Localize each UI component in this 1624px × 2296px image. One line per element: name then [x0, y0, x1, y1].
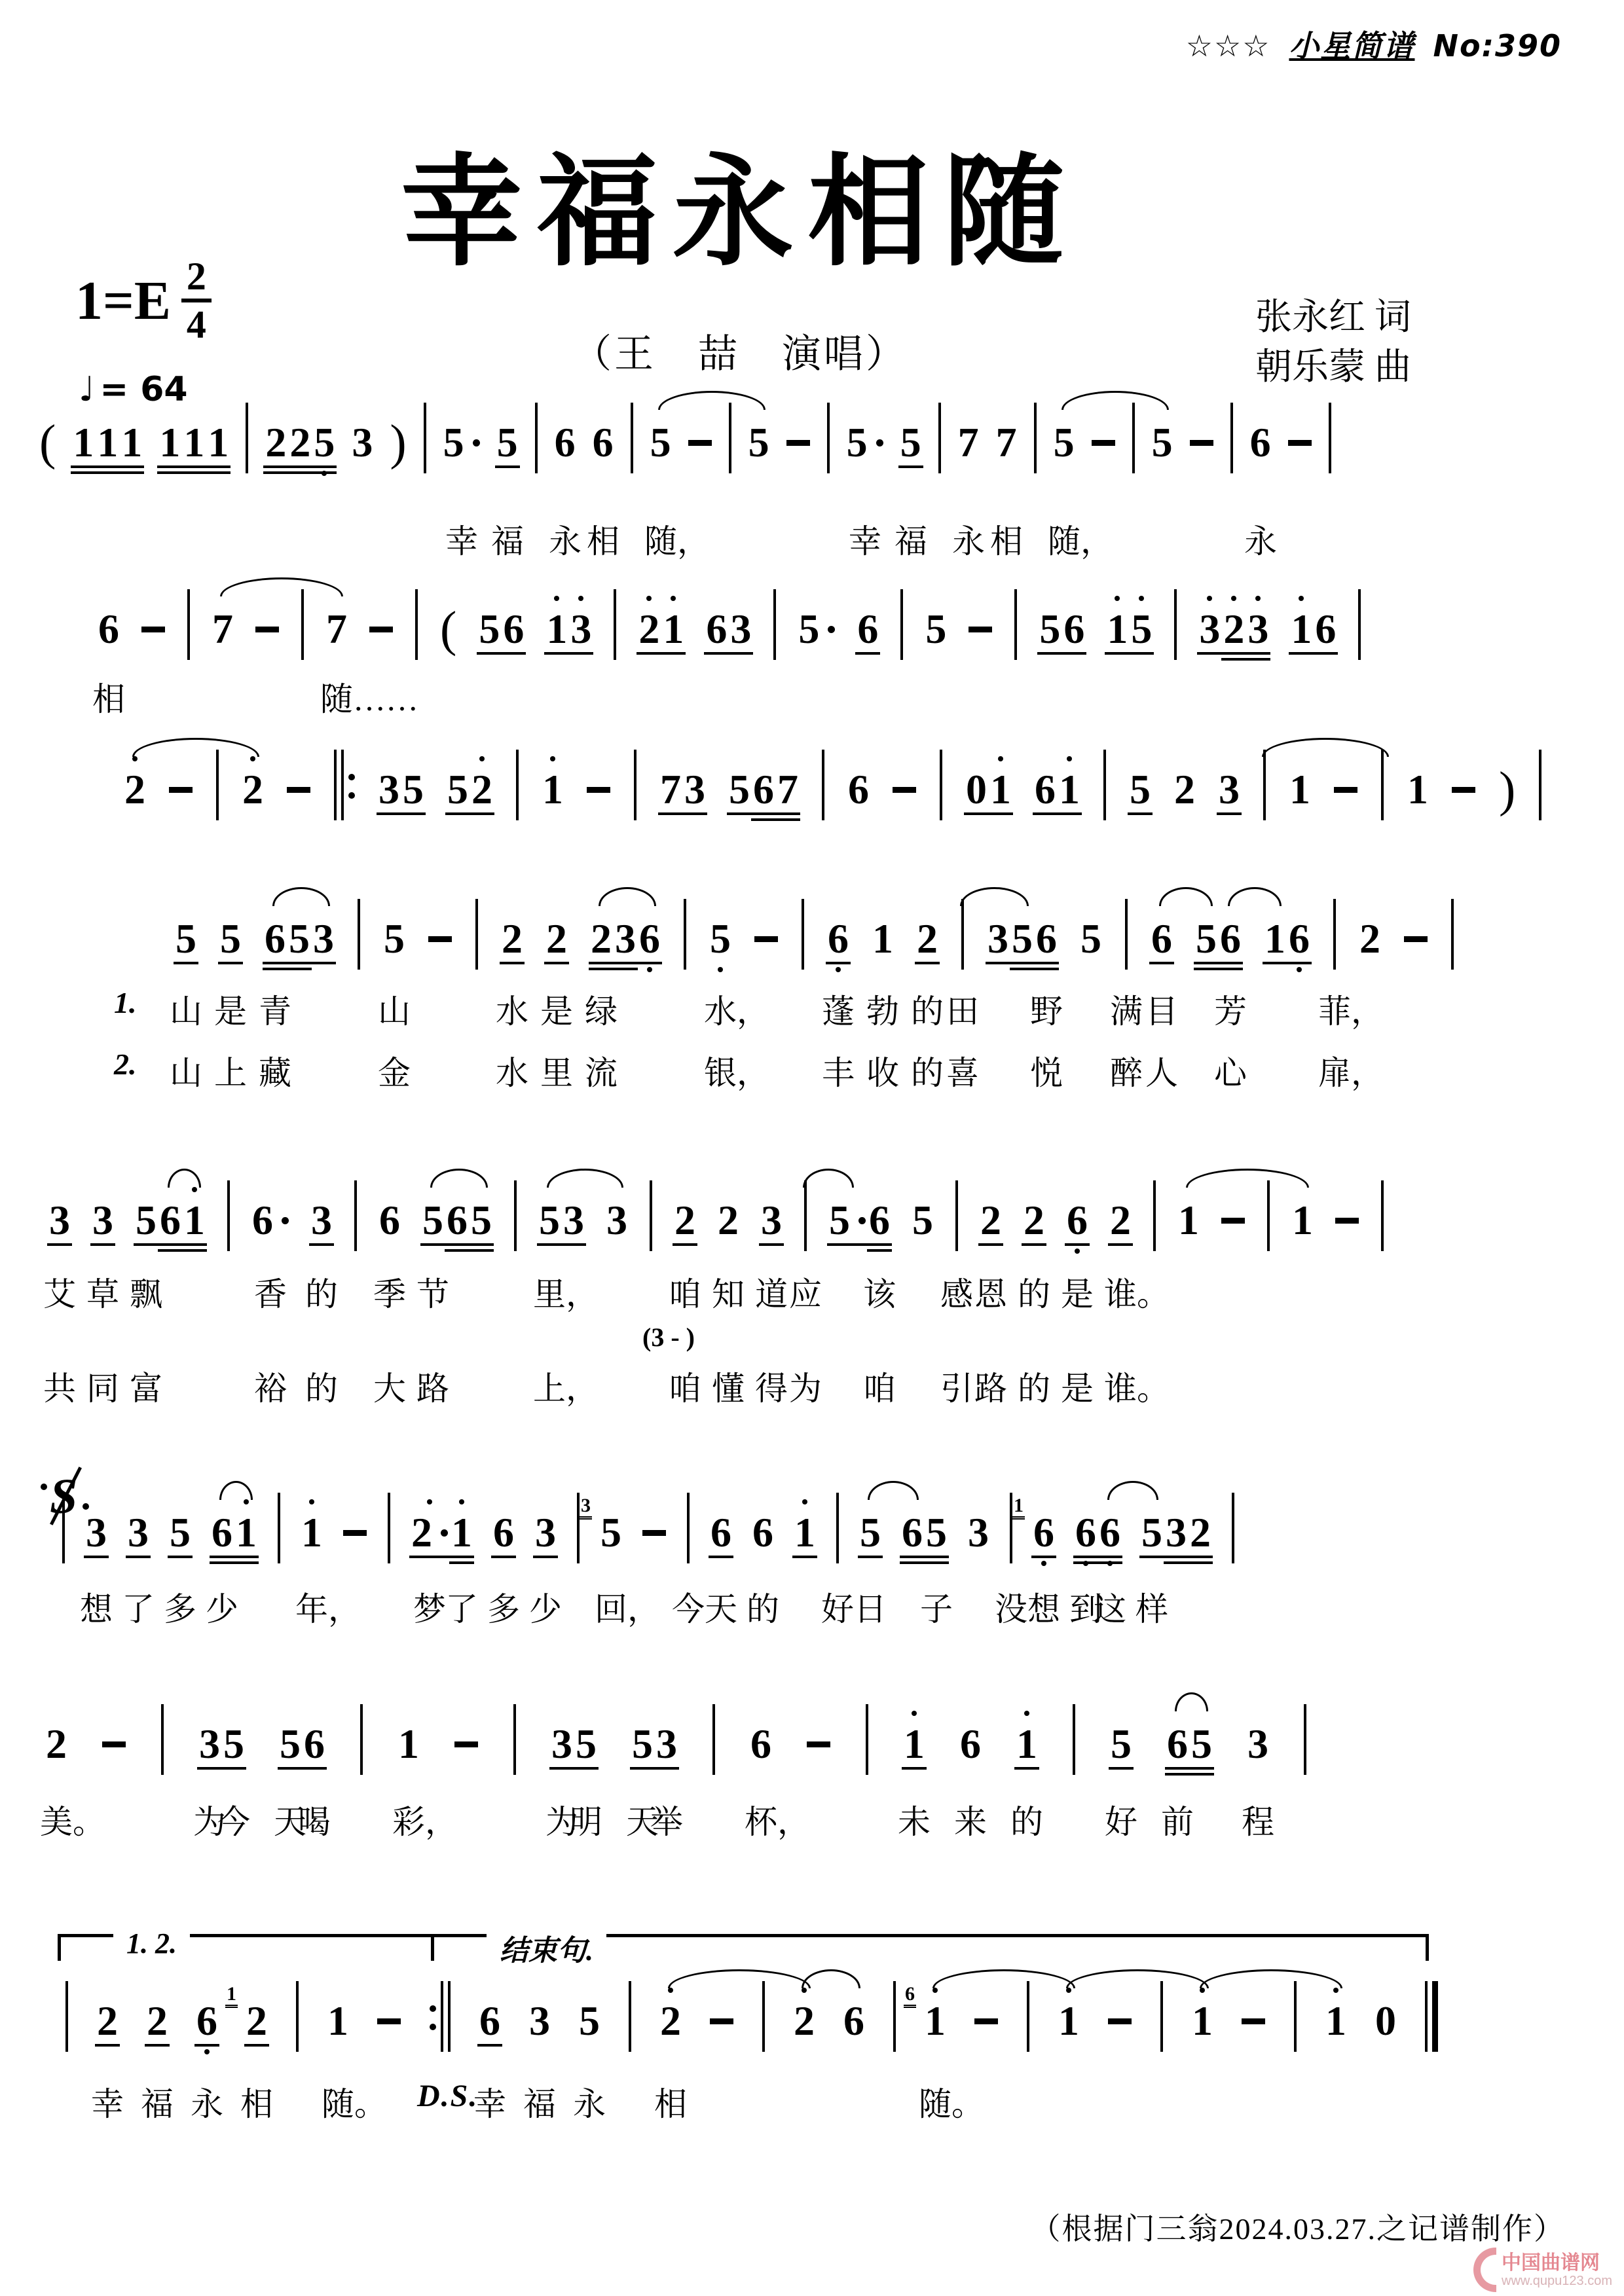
note: 5 — [384, 899, 405, 980]
lyric-syllable: 想 — [80, 1583, 113, 1630]
note: 5 — [926, 1493, 947, 1574]
lyric-syllable: 路 — [974, 1362, 1007, 1410]
note: 3 — [968, 1493, 989, 1574]
note: 3 — [1247, 589, 1268, 670]
slur-arc — [1061, 391, 1169, 410]
note: 7 — [777, 750, 798, 831]
barline — [1381, 750, 1384, 831]
barline — [1451, 899, 1454, 980]
verse-number: 2. — [114, 1047, 137, 1082]
barline — [900, 589, 903, 670]
dash-note — [255, 589, 279, 670]
note: 5 — [650, 403, 671, 484]
note: 3 — [529, 1981, 550, 2062]
lyric-syllable: 杯， — [745, 1796, 810, 1843]
barline — [634, 750, 637, 831]
lyric-syllable: 共 — [43, 1362, 76, 1410]
note: 6 — [752, 1493, 773, 1574]
barline — [216, 750, 219, 831]
dash-note — [893, 750, 916, 831]
dash-note — [1288, 403, 1312, 484]
note: 6 — [1315, 589, 1336, 670]
barline — [687, 1493, 690, 1574]
note: 6 — [304, 1704, 325, 1785]
note: 1 — [546, 589, 567, 670]
note: 1 — [1292, 1180, 1313, 1262]
note: 3 — [761, 1180, 782, 1262]
note: 3 — [378, 750, 399, 831]
lyric-syllable: 目 — [1145, 985, 1178, 1032]
slur-arc — [1186, 1169, 1309, 1188]
lyric-syllable: 回， — [595, 1583, 660, 1630]
note: 1 — [542, 750, 563, 831]
lyric-syllable: 日 — [854, 1583, 887, 1630]
note: 2 — [1359, 899, 1380, 980]
lyric-syllable: 感 — [940, 1268, 973, 1315]
lyric-syllable: 想 — [1027, 1583, 1060, 1630]
dash-note — [1108, 1981, 1132, 2062]
note: 1 — [73, 403, 94, 484]
note: 6 — [869, 1180, 890, 1262]
dash-note — [377, 1981, 401, 2062]
slur-arc — [547, 1169, 623, 1188]
lyric-syllable: 随…… — [320, 673, 418, 720]
note: 2 — [980, 1180, 1001, 1262]
barline — [516, 750, 519, 831]
lyric-syllable: 草 — [86, 1268, 119, 1315]
note: 3 — [987, 899, 1008, 980]
note: 5 — [860, 1493, 881, 1574]
lyric-syllable: 随。 — [919, 2078, 984, 2125]
note: 2 — [794, 1981, 815, 2062]
note: 6 — [555, 403, 576, 484]
lyric-syllable: 水 — [496, 985, 528, 1032]
dash-note — [454, 1704, 478, 1785]
note: 5 — [1141, 1493, 1162, 1574]
lyric-syllable: 天 — [705, 1583, 737, 1630]
note: 3 — [1199, 589, 1220, 670]
note: 1 — [1059, 750, 1080, 831]
dash-note — [969, 589, 992, 670]
barline — [1539, 750, 1541, 831]
note: 5 — [829, 1180, 866, 1262]
barline — [161, 1704, 164, 1785]
lyric-syllable: 蓬 — [822, 985, 855, 1032]
note: 5 — [729, 750, 750, 831]
slur-arc — [668, 1969, 811, 1988]
note: 1 — [327, 1981, 348, 2062]
note: 5 — [175, 899, 196, 980]
note: 3 — [92, 1180, 113, 1262]
note: 2 — [124, 750, 145, 831]
barline — [1294, 1981, 1297, 2062]
lyric-syllable: 福 — [491, 515, 524, 562]
barline — [631, 403, 633, 484]
lyric-syllable: 香 — [254, 1268, 287, 1315]
barline — [866, 1704, 868, 1785]
lyric-syllable: 咱 — [669, 1268, 701, 1315]
barline — [893, 1981, 896, 2062]
note: 1 — [1016, 1704, 1037, 1785]
note: 2 — [411, 1493, 448, 1574]
lyric-syllable: 喜 — [946, 1047, 979, 1094]
note: 5 — [1039, 589, 1060, 670]
grace-note: 3 — [580, 1495, 592, 1520]
lyric-syllable: 相 — [990, 515, 1023, 562]
lyric-syllable: 的 — [1018, 1362, 1050, 1410]
lyric-syllable: 咱 — [863, 1362, 896, 1410]
lyric-syllable: 幸 — [91, 2078, 124, 2125]
barline — [940, 750, 942, 831]
note: 1 — [990, 750, 1011, 831]
note: 1 — [121, 403, 142, 484]
music-system: (1111112253)5566555577556幸福永相随，幸福永相随，永 — [0, 403, 1624, 484]
note: 5 — [170, 1493, 191, 1574]
barline — [1263, 750, 1266, 831]
lyric-syllable: 相 — [654, 2078, 687, 2125]
lyric-syllable: 相 — [92, 673, 125, 720]
lyric-syllable: 艾 — [43, 1268, 76, 1315]
lyric-syllable: 金 — [378, 1047, 411, 1094]
barline — [1027, 1981, 1029, 2062]
barline — [614, 589, 616, 670]
note: 2 — [471, 750, 492, 831]
lyric-syllable: 丰 — [822, 1047, 855, 1094]
note: 3 — [684, 750, 705, 831]
barline — [296, 1981, 299, 2062]
note: 2 — [674, 1180, 695, 1262]
lyric-syllable: 飘 — [130, 1268, 162, 1315]
lyric-syllable: 多 — [164, 1583, 196, 1630]
lyric-syllable: 知 — [712, 1268, 745, 1315]
volta-bracket: 结束句. — [431, 1934, 1429, 1961]
note: 3 — [311, 1180, 332, 1262]
lyric-syllable: 幸 — [849, 515, 881, 562]
slur-arc — [1200, 1969, 1342, 1988]
note: 16 — [925, 1981, 946, 2062]
note: 2 — [242, 750, 263, 831]
lyric-syllable: 野 — [1030, 985, 1063, 1032]
lyric-syllable: 是 — [1061, 1362, 1094, 1410]
lyric-syllable: 藏 — [259, 1047, 291, 1094]
parenthesis: ) — [1499, 750, 1515, 831]
dash-note — [974, 1981, 998, 2062]
segno-icon: S — [38, 1467, 94, 1527]
lyric-syllable: 水 — [496, 1047, 528, 1094]
dash-note — [1334, 750, 1357, 831]
lyric-syllable: 今 — [217, 1796, 250, 1843]
lyric-syllable: 谁。 — [1104, 1362, 1170, 1410]
lyric-syllable: 喝 — [298, 1796, 331, 1843]
barline — [938, 403, 941, 484]
music-system: 33561636565533223565226211艾草飘香的季节里，咱知道应该… — [0, 1180, 1624, 1262]
dash-note — [642, 1493, 666, 1574]
note: 3 — [1247, 1704, 1268, 1785]
note: 6 — [212, 1493, 232, 1574]
lyric-syllable: 芳 — [1214, 985, 1247, 1032]
note: 61 — [1033, 1493, 1054, 1574]
lyric-syllable: 引 — [940, 1362, 973, 1410]
note: 5 — [1111, 1704, 1132, 1785]
note: 2 — [265, 403, 286, 484]
note: 6 — [857, 589, 878, 670]
note: 6 — [160, 1180, 181, 1262]
note: 1 — [1325, 1981, 1346, 2062]
note: 1 — [236, 1493, 257, 1574]
lyric-syllable: 幸 — [445, 515, 478, 562]
note: 6 — [828, 899, 849, 980]
slur-arc — [272, 887, 330, 906]
dash-note — [587, 750, 610, 831]
note: 5 — [314, 403, 335, 484]
barline — [1329, 403, 1331, 484]
slur-arc — [168, 1169, 201, 1188]
dash-note — [428, 899, 452, 980]
note: 2 — [97, 1981, 118, 2062]
lyric-syllable: 永 — [1244, 515, 1277, 562]
note: 6 — [479, 1981, 500, 2062]
watermark-site: 中国曲谱网 — [1502, 2252, 1612, 2274]
grace-note: 1 — [1012, 1495, 1025, 1520]
music-system: 55653522236561235656561621.山是青山水是绿水，蓬勃的田… — [0, 899, 1624, 980]
lyric-syllable: 富 — [130, 1362, 162, 1410]
lyric-syllable: 前 — [1161, 1796, 1194, 1843]
lyric-syllable: 相 — [240, 2078, 273, 2125]
note: 5 — [912, 1180, 933, 1262]
lyric-syllable: 举 — [650, 1796, 683, 1843]
note: 1 — [1264, 899, 1285, 980]
note: 1 — [1058, 1981, 1079, 2062]
note: 1 — [663, 589, 684, 670]
slur-arc — [932, 1969, 1075, 1988]
music-system: 677(56132163565561532316相随…… — [0, 589, 1624, 670]
note: 5 — [1054, 403, 1075, 484]
slur-arc — [132, 738, 259, 757]
barline — [415, 589, 418, 670]
note: 2 — [660, 1981, 681, 2062]
note: 5 — [900, 403, 921, 484]
rest-note: 0 — [966, 750, 987, 831]
note: 6 — [196, 1981, 217, 2062]
volta-label: 结束句. — [487, 1927, 606, 1969]
note: 5 — [471, 1180, 492, 1262]
dash-note — [1092, 403, 1115, 484]
lyric-syllable: 上， — [533, 1362, 599, 1410]
note: 3 — [656, 1704, 677, 1785]
lyric-syllable: 的 — [305, 1268, 338, 1315]
barline — [1267, 1180, 1270, 1262]
lyric-syllable: 裕 — [254, 1362, 287, 1410]
note: 5 — [447, 750, 468, 831]
lyric-syllable: 幸 — [473, 2078, 506, 2125]
lyric-syllable: 是 — [540, 985, 573, 1032]
note: 5 — [1080, 899, 1101, 980]
lyric-syllable: 明 — [570, 1796, 602, 1843]
note: 3 — [730, 589, 751, 670]
barline — [513, 1704, 516, 1785]
note: 1 — [1407, 750, 1428, 831]
dash-note — [754, 899, 778, 980]
note: 6 — [1151, 899, 1172, 980]
barline — [827, 403, 830, 484]
barline — [187, 589, 190, 670]
lyric-syllable: 随， — [644, 515, 710, 562]
parenthesis: ( — [39, 403, 56, 484]
lyric-syllable: 田 — [946, 985, 979, 1032]
note: 3 — [128, 1493, 149, 1574]
lyric-syllable: 是 — [1061, 1268, 1094, 1315]
score: (1111112253)5566555577556幸福永相随，幸福永相随，永67… — [0, 0, 1624, 2296]
note: 5 — [220, 899, 241, 980]
lyric-syllable: 永 — [952, 515, 985, 562]
note: 5 — [576, 1704, 597, 1785]
lyric-syllable: 里 — [540, 1047, 573, 1094]
note: 1 — [794, 1493, 815, 1574]
note: 6 — [493, 1493, 514, 1574]
note: 6 — [960, 1704, 981, 1785]
watermark-url: www.qupu123.com — [1502, 2274, 1612, 2288]
note: 1 — [301, 1493, 322, 1574]
lyric-syllable: 山 — [378, 985, 411, 1032]
dash-note — [1335, 1180, 1359, 1262]
lyric-syllable: 子 — [920, 1583, 953, 1630]
slur-arc — [220, 577, 343, 596]
barline — [475, 899, 478, 980]
final-barline — [1425, 1981, 1438, 2062]
note: 6 — [1250, 403, 1271, 484]
lyric-syllable: 银， — [704, 1047, 769, 1094]
dash-note — [1242, 1981, 1265, 2062]
note: 6 — [706, 589, 727, 670]
note: 6 — [710, 1493, 731, 1574]
slur-arc — [802, 1969, 860, 1988]
barline — [278, 1493, 280, 1574]
note: 6 — [1075, 1493, 1096, 1574]
note: 2 — [1110, 1180, 1131, 1262]
note: 2 — [591, 899, 612, 980]
note: 6 — [98, 589, 119, 670]
dash-note — [1190, 403, 1213, 484]
note: 5 — [539, 1180, 560, 1262]
lyric-syllable: 永 — [549, 515, 581, 562]
barline — [65, 1981, 68, 2062]
note: 1 — [398, 1704, 419, 1785]
note: 5 — [847, 403, 883, 484]
note: 6 — [447, 1180, 468, 1262]
note: 6 — [1099, 1493, 1120, 1574]
lyric-syllable: 彩， — [392, 1796, 458, 1843]
note: 3 — [1219, 750, 1240, 831]
note: 5 — [632, 1704, 653, 1785]
note: 5 — [403, 750, 424, 831]
barline — [1333, 899, 1336, 980]
note: 3 — [1166, 1493, 1187, 1574]
note: 3 — [615, 899, 636, 980]
note: 5 — [280, 1704, 301, 1785]
barline — [1125, 899, 1128, 980]
note: 5 — [798, 589, 835, 670]
barline — [961, 899, 964, 980]
note: 6 — [1035, 750, 1056, 831]
dash-note — [102, 1704, 126, 1785]
barline — [1381, 1180, 1384, 1262]
lyric-syllable: 梦 — [413, 1583, 446, 1630]
lyric-syllable: 随。 — [322, 2078, 387, 2125]
barline — [1174, 589, 1177, 670]
lyric-syllable: 了 — [122, 1583, 155, 1630]
lyric-syllable: 了 — [445, 1583, 478, 1630]
dash-note — [287, 750, 310, 831]
music-system: 2235521735676016152311) — [0, 750, 1624, 831]
note: 5 — [1152, 403, 1173, 484]
slur-arc — [599, 887, 656, 906]
barline — [246, 403, 248, 484]
lyric-syllable: 该 — [863, 1268, 896, 1315]
note: 53 — [600, 1493, 621, 1574]
lyric-syllable: 里， — [533, 1268, 599, 1315]
dash-note — [1452, 750, 1475, 831]
note: 3 — [49, 1180, 70, 1262]
lyric-syllable: 满 — [1110, 985, 1143, 1032]
barline — [773, 589, 776, 670]
note: 3 — [352, 403, 373, 484]
note: 2 — [917, 899, 938, 980]
slur-arc — [1159, 887, 1213, 906]
note: 2 — [147, 1981, 168, 2062]
lyric-syllable: 的 — [747, 1583, 779, 1630]
note: 6 — [1067, 1180, 1088, 1262]
lyric-syllable: 样 — [1135, 1583, 1168, 1630]
parenthesis: ) — [390, 403, 406, 484]
dash-note — [1221, 1180, 1245, 1262]
lyric-syllable: 恩 — [974, 1268, 1007, 1315]
watermark: 中国曲谱网 www.qupu123.com — [1473, 2248, 1612, 2292]
lyric-syllable: 的 — [1018, 1268, 1050, 1315]
barline — [1230, 403, 1233, 484]
lyric-syllable: 菲， — [1318, 985, 1384, 1032]
lyric-syllable: 福 — [141, 2078, 174, 2125]
note: 6 — [379, 1180, 400, 1262]
note: 6 — [1063, 589, 1084, 670]
barline — [424, 403, 426, 484]
barline — [1153, 1180, 1156, 1262]
lyric-syllable: 流 — [585, 1047, 618, 1094]
note: 1 — [97, 403, 118, 484]
lyric-syllable: 的 — [305, 1362, 338, 1410]
note: 6 — [902, 1493, 923, 1574]
verse-number: 1. — [114, 985, 137, 1020]
note: 3 — [199, 1704, 220, 1785]
barline — [360, 1704, 363, 1785]
note: 2 — [638, 589, 659, 670]
barline — [1132, 403, 1135, 484]
dash-note — [1404, 899, 1428, 980]
barline — [802, 899, 804, 980]
slur-arc — [658, 391, 766, 410]
note: 1 — [1178, 1180, 1199, 1262]
lyric-syllable: 少 — [206, 1583, 238, 1630]
note: 5 — [1012, 899, 1033, 980]
footer-note: （根据门三翁2024.03.27.之记谱制作） — [1031, 2205, 1566, 2248]
lyric-syllable: 同 — [86, 1362, 119, 1410]
barline — [1232, 1493, 1234, 1574]
note: 5 — [925, 589, 946, 670]
note: 3 — [563, 1180, 584, 1262]
barline — [1014, 589, 1017, 670]
dash-note — [343, 1493, 367, 1574]
note: 3 — [570, 589, 591, 670]
lyric-syllable: 季 — [373, 1268, 406, 1315]
